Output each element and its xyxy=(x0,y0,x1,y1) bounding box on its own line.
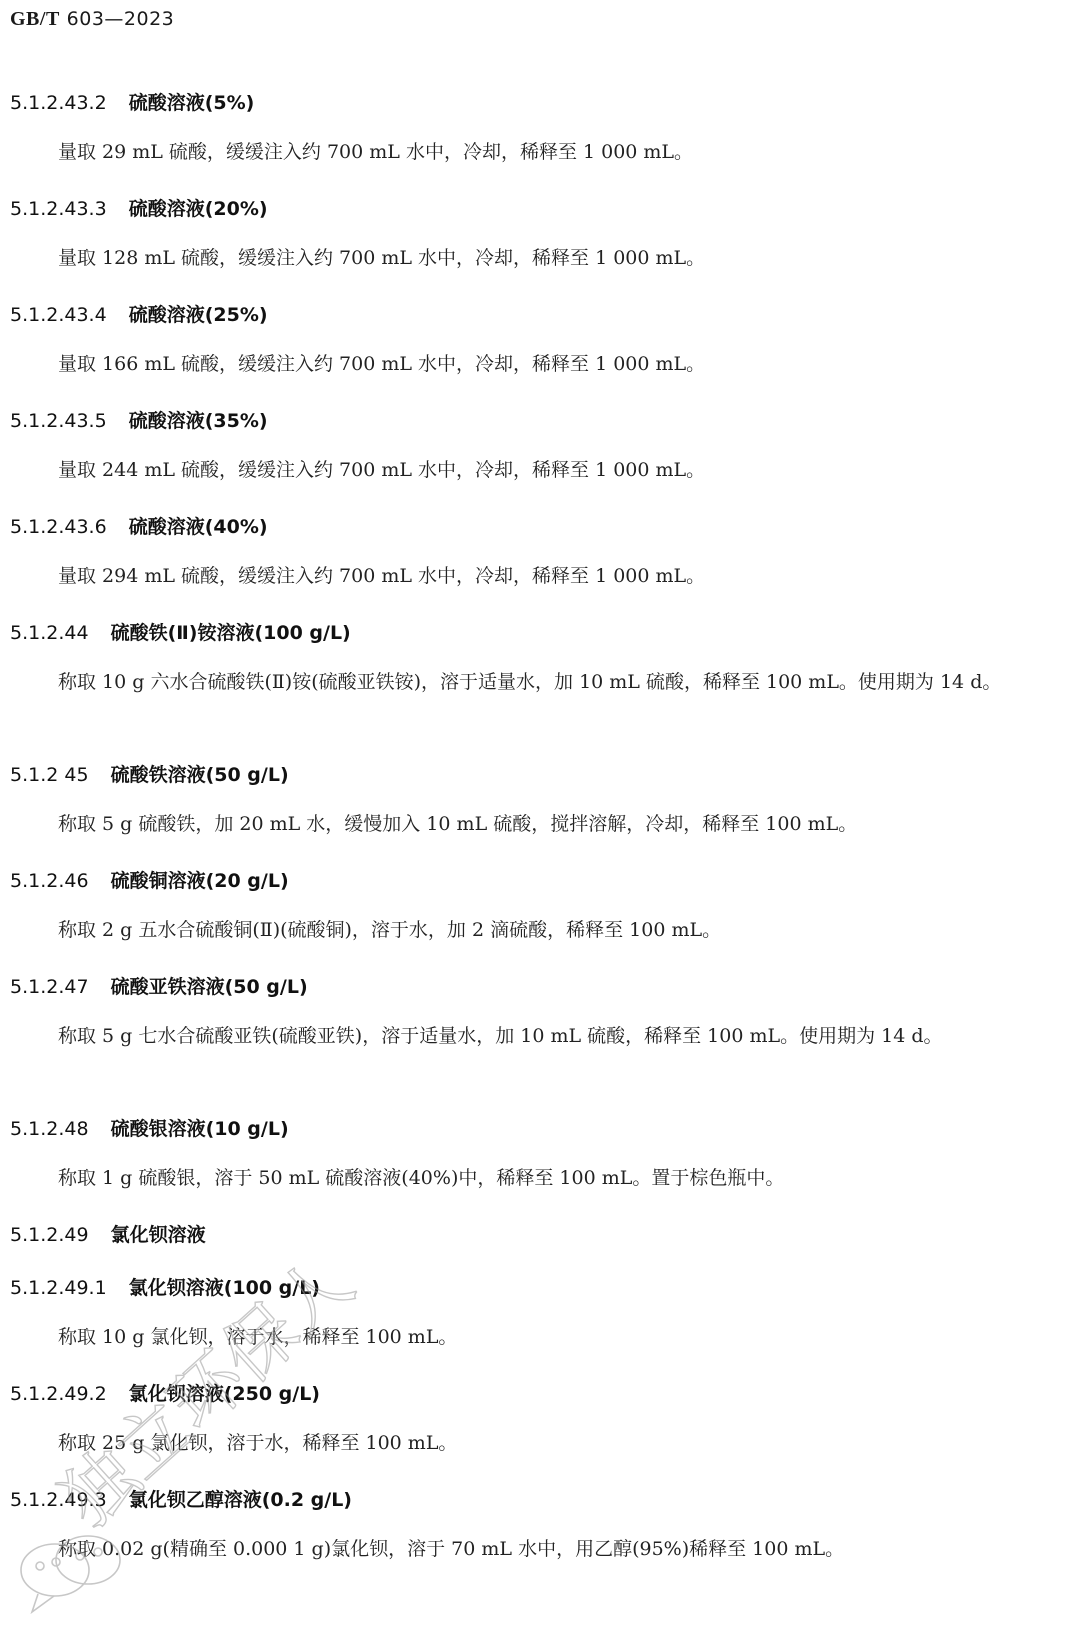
section-title: 氯化钡溶液(100 g/L) xyxy=(129,1277,320,1299)
section-heading: 5.1.2.44硫酸铁(Ⅱ)铵溶液(100 g/L) xyxy=(10,618,351,645)
section-number: 5.1.2.43.5 xyxy=(10,410,107,432)
section-text: 称取 1 g 硫酸银，溶于 50 mL 硫酸溶液(40%)中，稀释至 100 m… xyxy=(10,1160,1070,1197)
section-text: 称取 0.02 g(精确至 0.000 1 g)氯化钡，溶于 70 mL 水中，… xyxy=(10,1531,1070,1568)
section-heading: 5.1.2.46硫酸铜溶液(20 g/L) xyxy=(10,866,289,893)
section-title: 硫酸溶液(40%) xyxy=(129,516,268,538)
section-heading: 5.1.2.49.1氯化钡溶液(100 g/L) xyxy=(10,1273,320,1300)
section-text: 称取 5 g 七水合硫酸亚铁(硫酸亚铁)，溶于适量水，加 10 mL 硫酸，稀释… xyxy=(10,1018,1070,1055)
section-title: 硫酸溶液(5%) xyxy=(129,92,255,114)
standard-prefix: GB/T xyxy=(10,8,60,30)
section-heading: 5.1.2.43.3硫酸溶液(20%) xyxy=(10,194,268,221)
section-text: 量取 244 mL 硫酸，缓缓注入约 700 mL 水中，冷却，稀释至 1 00… xyxy=(10,452,1070,489)
section-title: 氯化钡溶液(250 g/L) xyxy=(129,1383,320,1405)
section-title: 硫酸铜溶液(20 g/L) xyxy=(111,870,289,892)
section-number: 5.1.2.48 xyxy=(10,1118,89,1140)
section-heading: 5.1.2.43.2硫酸溶液(5%) xyxy=(10,88,254,115)
section-title: 硫酸银溶液(10 g/L) xyxy=(111,1118,289,1140)
section-text: 称取 25 g 氯化钡，溶于水，稀释至 100 mL。 xyxy=(10,1425,1070,1462)
section-title: 氯化钡溶液 xyxy=(111,1224,206,1246)
section-number: 5.1.2 45 xyxy=(10,764,89,786)
section-heading: 5.1.2.43.6硫酸溶液(40%) xyxy=(10,512,268,539)
section-title: 硫酸亚铁溶液(50 g/L) xyxy=(111,976,308,998)
section-title: 硫酸溶液(35%) xyxy=(129,410,268,432)
section-heading: 5.1.2.49.3氯化钡乙醇溶液(0.2 g/L) xyxy=(10,1485,352,1512)
section-text: 称取 5 g 硫酸铁，加 20 mL 水，缓慢加入 10 mL 硫酸，搅拌溶解，… xyxy=(10,806,1070,843)
section-title: 氯化钡乙醇溶液(0.2 g/L) xyxy=(129,1489,352,1511)
section-number: 5.1.2.49 xyxy=(10,1224,89,1246)
section-title: 硫酸铁(Ⅱ)铵溶液(100 g/L) xyxy=(111,622,351,644)
section-heading: 5.1.2.48硫酸银溶液(10 g/L) xyxy=(10,1114,289,1141)
section-number: 5.1.2.46 xyxy=(10,870,89,892)
section-number: 5.1.2.44 xyxy=(10,622,89,644)
section-number: 5.1.2.43.6 xyxy=(10,516,107,538)
section-text: 量取 128 mL 硫酸，缓缓注入约 700 mL 水中，冷却，稀释至 1 00… xyxy=(10,240,1070,277)
section-heading: 5.1.2.43.4硫酸溶液(25%) xyxy=(10,300,268,327)
section-text: 量取 166 mL 硫酸，缓缓注入约 700 mL 水中，冷却，稀释至 1 00… xyxy=(10,346,1070,383)
section-text: 量取 29 mL 硫酸，缓缓注入约 700 mL 水中，冷却，稀释至 1 000… xyxy=(10,134,1070,171)
section-heading: 5.1.2.47硫酸亚铁溶液(50 g/L) xyxy=(10,972,308,999)
section-number: 5.1.2.47 xyxy=(10,976,89,998)
section-text: 称取 2 g 五水合硫酸铜(Ⅱ)(硫酸铜)，溶于水，加 2 滴硫酸，稀释至 10… xyxy=(10,912,1070,949)
section-number: 5.1.2.49.2 xyxy=(10,1383,107,1405)
section-number: 5.1.2.43.2 xyxy=(10,92,107,114)
section-heading: 5.1.2.49氯化钡溶液 xyxy=(10,1220,206,1247)
section-heading: 5.1.2.49.2氯化钡溶液(250 g/L) xyxy=(10,1379,320,1406)
section-title: 硫酸溶液(20%) xyxy=(129,198,268,220)
section-number: 5.1.2.43.3 xyxy=(10,198,107,220)
standard-number: 603—2023 xyxy=(67,8,175,30)
section-number: 5.1.2.43.4 xyxy=(10,304,107,326)
section-title: 硫酸溶液(25%) xyxy=(129,304,268,326)
section-text: 称取 10 g 六水合硫酸铁(Ⅱ)铵(硫酸亚铁铵)，溶于适量水，加 10 mL … xyxy=(10,664,1070,701)
section-number: 5.1.2.49.3 xyxy=(10,1489,107,1511)
page-header: GB/T 603—2023 xyxy=(10,6,174,31)
section-heading: 5.1.2.43.5硫酸溶液(35%) xyxy=(10,406,268,433)
section-text: 称取 10 g 氯化钡，溶于水，稀释至 100 mL。 xyxy=(10,1319,1070,1356)
section-text: 量取 294 mL 硫酸，缓缓注入约 700 mL 水中，冷却，稀释至 1 00… xyxy=(10,558,1070,595)
section-heading: 5.1.2 45硫酸铁溶液(50 g/L) xyxy=(10,760,289,787)
section-number: 5.1.2.49.1 xyxy=(10,1277,107,1299)
section-title: 硫酸铁溶液(50 g/L) xyxy=(111,764,289,786)
